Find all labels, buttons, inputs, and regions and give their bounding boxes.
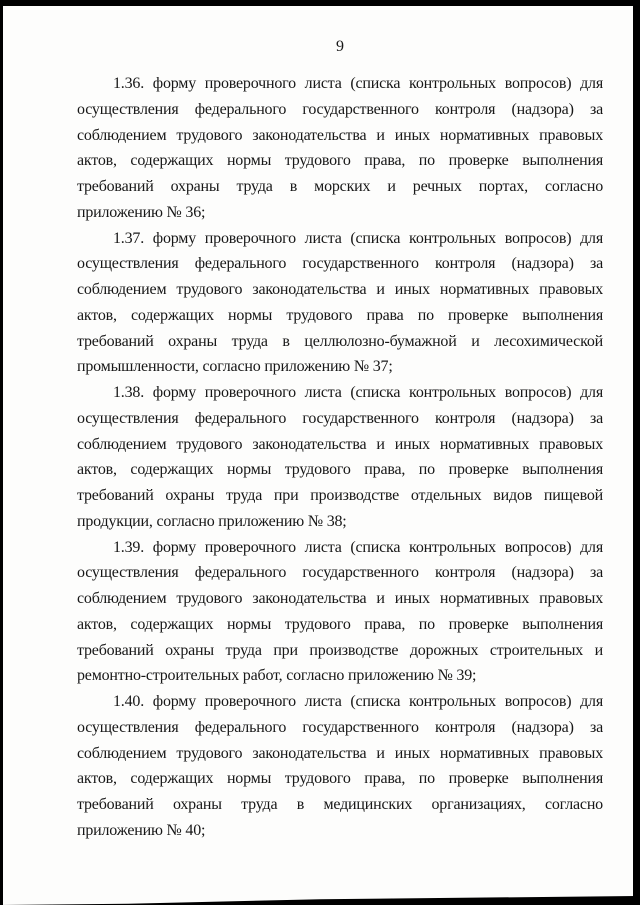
paragraph-1.38-line: соблюдением трудового законодательства и… — [77, 432, 603, 458]
paragraph-1.40-line: осуществления федерального государственн… — [77, 715, 603, 741]
paragraph-1.36-line: 1.36. форму проверочного листа (списка к… — [77, 71, 603, 97]
paragraph-1.40-line: актов, содержащих нормы трудового права,… — [77, 766, 603, 792]
paragraph-1.38-line: актов, содержащих нормы трудового права,… — [77, 457, 603, 483]
paragraph-1.38-line: 1.38. форму проверочного листа (списка к… — [77, 380, 603, 406]
paragraph-1.40-line: приложению № 40; — [77, 818, 603, 844]
paragraph-1.39-line: осуществления федерального государственн… — [77, 560, 603, 586]
paragraph-1.36-line: соблюдением трудового законодательства и… — [77, 123, 603, 149]
paragraph-1.38-line: требований охраны труда при производстве… — [77, 483, 603, 509]
paragraph-1.37-line: требований охраны труда в целлюлозно-бум… — [77, 329, 603, 355]
paragraph-1.39-line: соблюдением трудового законодательства и… — [77, 586, 603, 612]
paragraph-1.38-line: осуществления федерального государственн… — [77, 406, 603, 432]
paragraph-1.37-line: актов, содержащих нормы трудового права … — [77, 303, 603, 329]
paragraph-1.40-line: соблюдением трудового законодательства и… — [77, 741, 603, 767]
scan-artifact-bottom-edge — [0, 895, 640, 905]
scanned-document-page: 9 1.36. форму проверочного листа (списка… — [0, 0, 640, 905]
paragraph-1.37-line: 1.37. форму проверочного листа (списка к… — [77, 226, 603, 252]
paragraph-1.38-line: продукции, согласно приложению № 38; — [77, 509, 603, 535]
scan-artifact-top-edge — [0, 0, 640, 6]
paragraph-1.37-line: промышленности, согласно приложению № 37… — [77, 354, 603, 380]
paragraph-1.40-line: требований охраны труда в медицинских ор… — [77, 792, 603, 818]
paragraph-1.36-line: приложению № 36; — [77, 200, 603, 226]
paragraph-1.39-line: ремонтно-строительных работ, согласно пр… — [77, 663, 603, 689]
paragraph-1.36-line: актов, содержащих нормы трудового права,… — [77, 148, 603, 174]
paragraph-1.39-line: требований охраны труда при производстве… — [77, 638, 603, 664]
scan-artifact-right-edge — [633, 0, 640, 905]
document-body: 1.36. форму проверочного листа (списка к… — [77, 71, 603, 844]
paragraph-1.40-line: 1.40. форму проверочного листа (списка к… — [77, 689, 603, 715]
page-number: 9 — [77, 38, 603, 56]
paragraph-1.37-line: осуществления федерального государственн… — [77, 251, 603, 277]
paragraph-1.36-line: требований охраны труда в морских и речн… — [77, 174, 603, 200]
paragraph-1.37-line: соблюдением трудового законодательства и… — [77, 277, 603, 303]
paragraph-1.39-line: актов, содержащих нормы трудового права,… — [77, 612, 603, 638]
paragraph-1.36-line: осуществления федерального государственн… — [77, 97, 603, 123]
paragraph-1.39-line: 1.39. форму проверочного листа (списка к… — [77, 535, 603, 561]
scan-artifact-left-edge — [0, 0, 3, 905]
